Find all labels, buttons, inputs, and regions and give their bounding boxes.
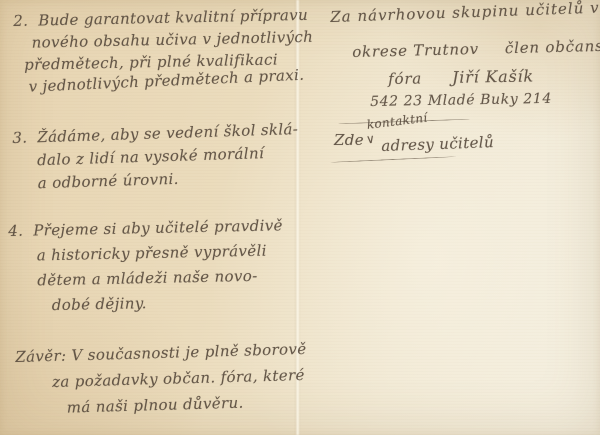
- item-number: 3.: [12, 127, 28, 150]
- list-item-2: 2.Bude garantovat kvalitní přípravu nové…: [13, 4, 314, 98]
- list-item-3: 3.Žádáme, aby se vedení škol sklá- dalo …: [12, 118, 300, 196]
- item-number: 4.: [8, 219, 24, 244]
- handwritten-text: člen občanského: [505, 36, 600, 57]
- inserted-word: kontaktní: [366, 111, 428, 132]
- signature-line-1: Za návrhovou skupinu učitelů v: [330, 0, 600, 26]
- signature-name: Jiří Kašík: [452, 66, 534, 86]
- insertion-caret-icon: ∨: [365, 132, 376, 147]
- handwritten-line: má naši plnou důvěru.: [66, 388, 308, 421]
- handwritten-line: dobé dějiny.: [52, 288, 285, 318]
- handwritten-text: okrese Trutnov: [352, 40, 479, 61]
- signature-line-3: fóraJiří Kašík: [388, 66, 534, 88]
- pen-stroke-underline: [330, 156, 456, 163]
- handwritten-text: fóra: [388, 69, 422, 88]
- list-item-4: 4.Přejeme si aby učitelé pravdivě a hist…: [8, 213, 285, 319]
- note-word-start: Zde: [334, 131, 364, 149]
- item-number: 2.: [13, 10, 28, 32]
- scanned-handwritten-letter: 2.Bude garantovat kvalitní přípravu nové…: [0, 0, 600, 435]
- address-line: 542 23 Mladé Buky 214: [370, 91, 552, 110]
- signature-line-2: okrese Trutnovčlen občanského: [352, 36, 600, 61]
- handwritten-line: dětem a mládeži naše novo-: [37, 263, 284, 293]
- conclusion-paragraph: Závěr: V současnosti je plně sborově za …: [15, 336, 308, 422]
- handwritten-text: Přejeme si aby učitelé pravdivě: [33, 216, 283, 239]
- note-word-end: adresy učitelů: [381, 133, 494, 155]
